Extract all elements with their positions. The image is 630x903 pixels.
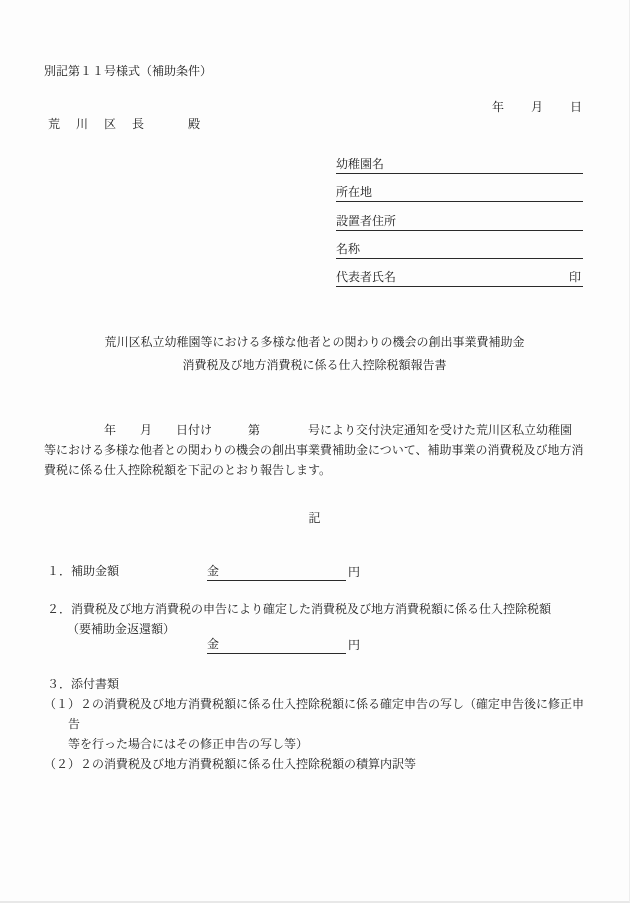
field-label: 名称 (336, 240, 360, 258)
item1-amount-blank: 金 (207, 562, 346, 581)
field-label: 所在地 (336, 183, 372, 201)
amount-prefix: 金 (207, 564, 219, 578)
document-page: 別記第１１号様式（補助条件） 年 月 日 荒 川 区 長 殿 幼稚園名 所在地 … (0, 0, 630, 903)
field-label: 幼稚園名 (336, 155, 384, 173)
item3-label: ３．添付書類 (44, 674, 592, 694)
item1-amount-row: 金円 (207, 562, 360, 580)
item3-sub2: （２）２の消費税及び地方消費税額に係る仕入控除税額の積算内訳等 (44, 754, 592, 774)
amount-unit: 円 (348, 636, 360, 654)
field-label: 代表者氏名 (336, 268, 396, 286)
date-blank-line: 年 月 日 (492, 98, 583, 116)
body-paragraph: 年 月 日付け 第 号により交付決定通知を受けた荒川区私立幼稚園 等における多様… (44, 420, 592, 480)
item3-sub1: （１）２の消費税及び地方消費税額に係る仕入控除税額に係る確定申告の写し（確定申告… (44, 694, 592, 754)
field-row-representative-name: 代表者氏名 印 (336, 268, 583, 287)
item2-label: ２．消費税及び地方消費税の申告により確定した消費税及び地方消費税額に係る仕入控除… (47, 600, 551, 618)
item1-label: １．補助金額 (47, 562, 119, 580)
seal-mark: 印 (569, 268, 581, 286)
field-row-kindergarten-name: 幼稚園名 (336, 155, 583, 174)
item3-attachments-block: ３．添付書類 （１）２の消費税及び地方消費税額に係る仕入控除税額に係る確定申告の… (44, 674, 592, 774)
document-title-line2: 消費税及び地方消費税に係る仕入控除税額報告書 (0, 359, 629, 372)
amount-prefix: 金 (207, 637, 219, 651)
field-row-location: 所在地 (336, 183, 583, 202)
field-row-founder-address: 設置者住所 (336, 212, 583, 231)
field-row-founder-name: 名称 (336, 240, 583, 259)
field-label: 設置者住所 (336, 212, 396, 230)
item2-note: （要補助金返還額） (67, 620, 175, 638)
amount-unit: 円 (348, 563, 360, 581)
item2-amount-blank: 金 (207, 635, 346, 654)
addressee-line: 荒 川 区 長 殿 (48, 115, 202, 133)
form-number: 別記第１１号様式（補助条件） (44, 62, 212, 80)
record-heading: 記 (0, 508, 629, 528)
item2-amount-row: 金円 (207, 635, 360, 653)
document-title-line1: 荒川区私立幼稚園等における多様な他者との関わりの機会の創出事業費補助金 (0, 336, 629, 349)
